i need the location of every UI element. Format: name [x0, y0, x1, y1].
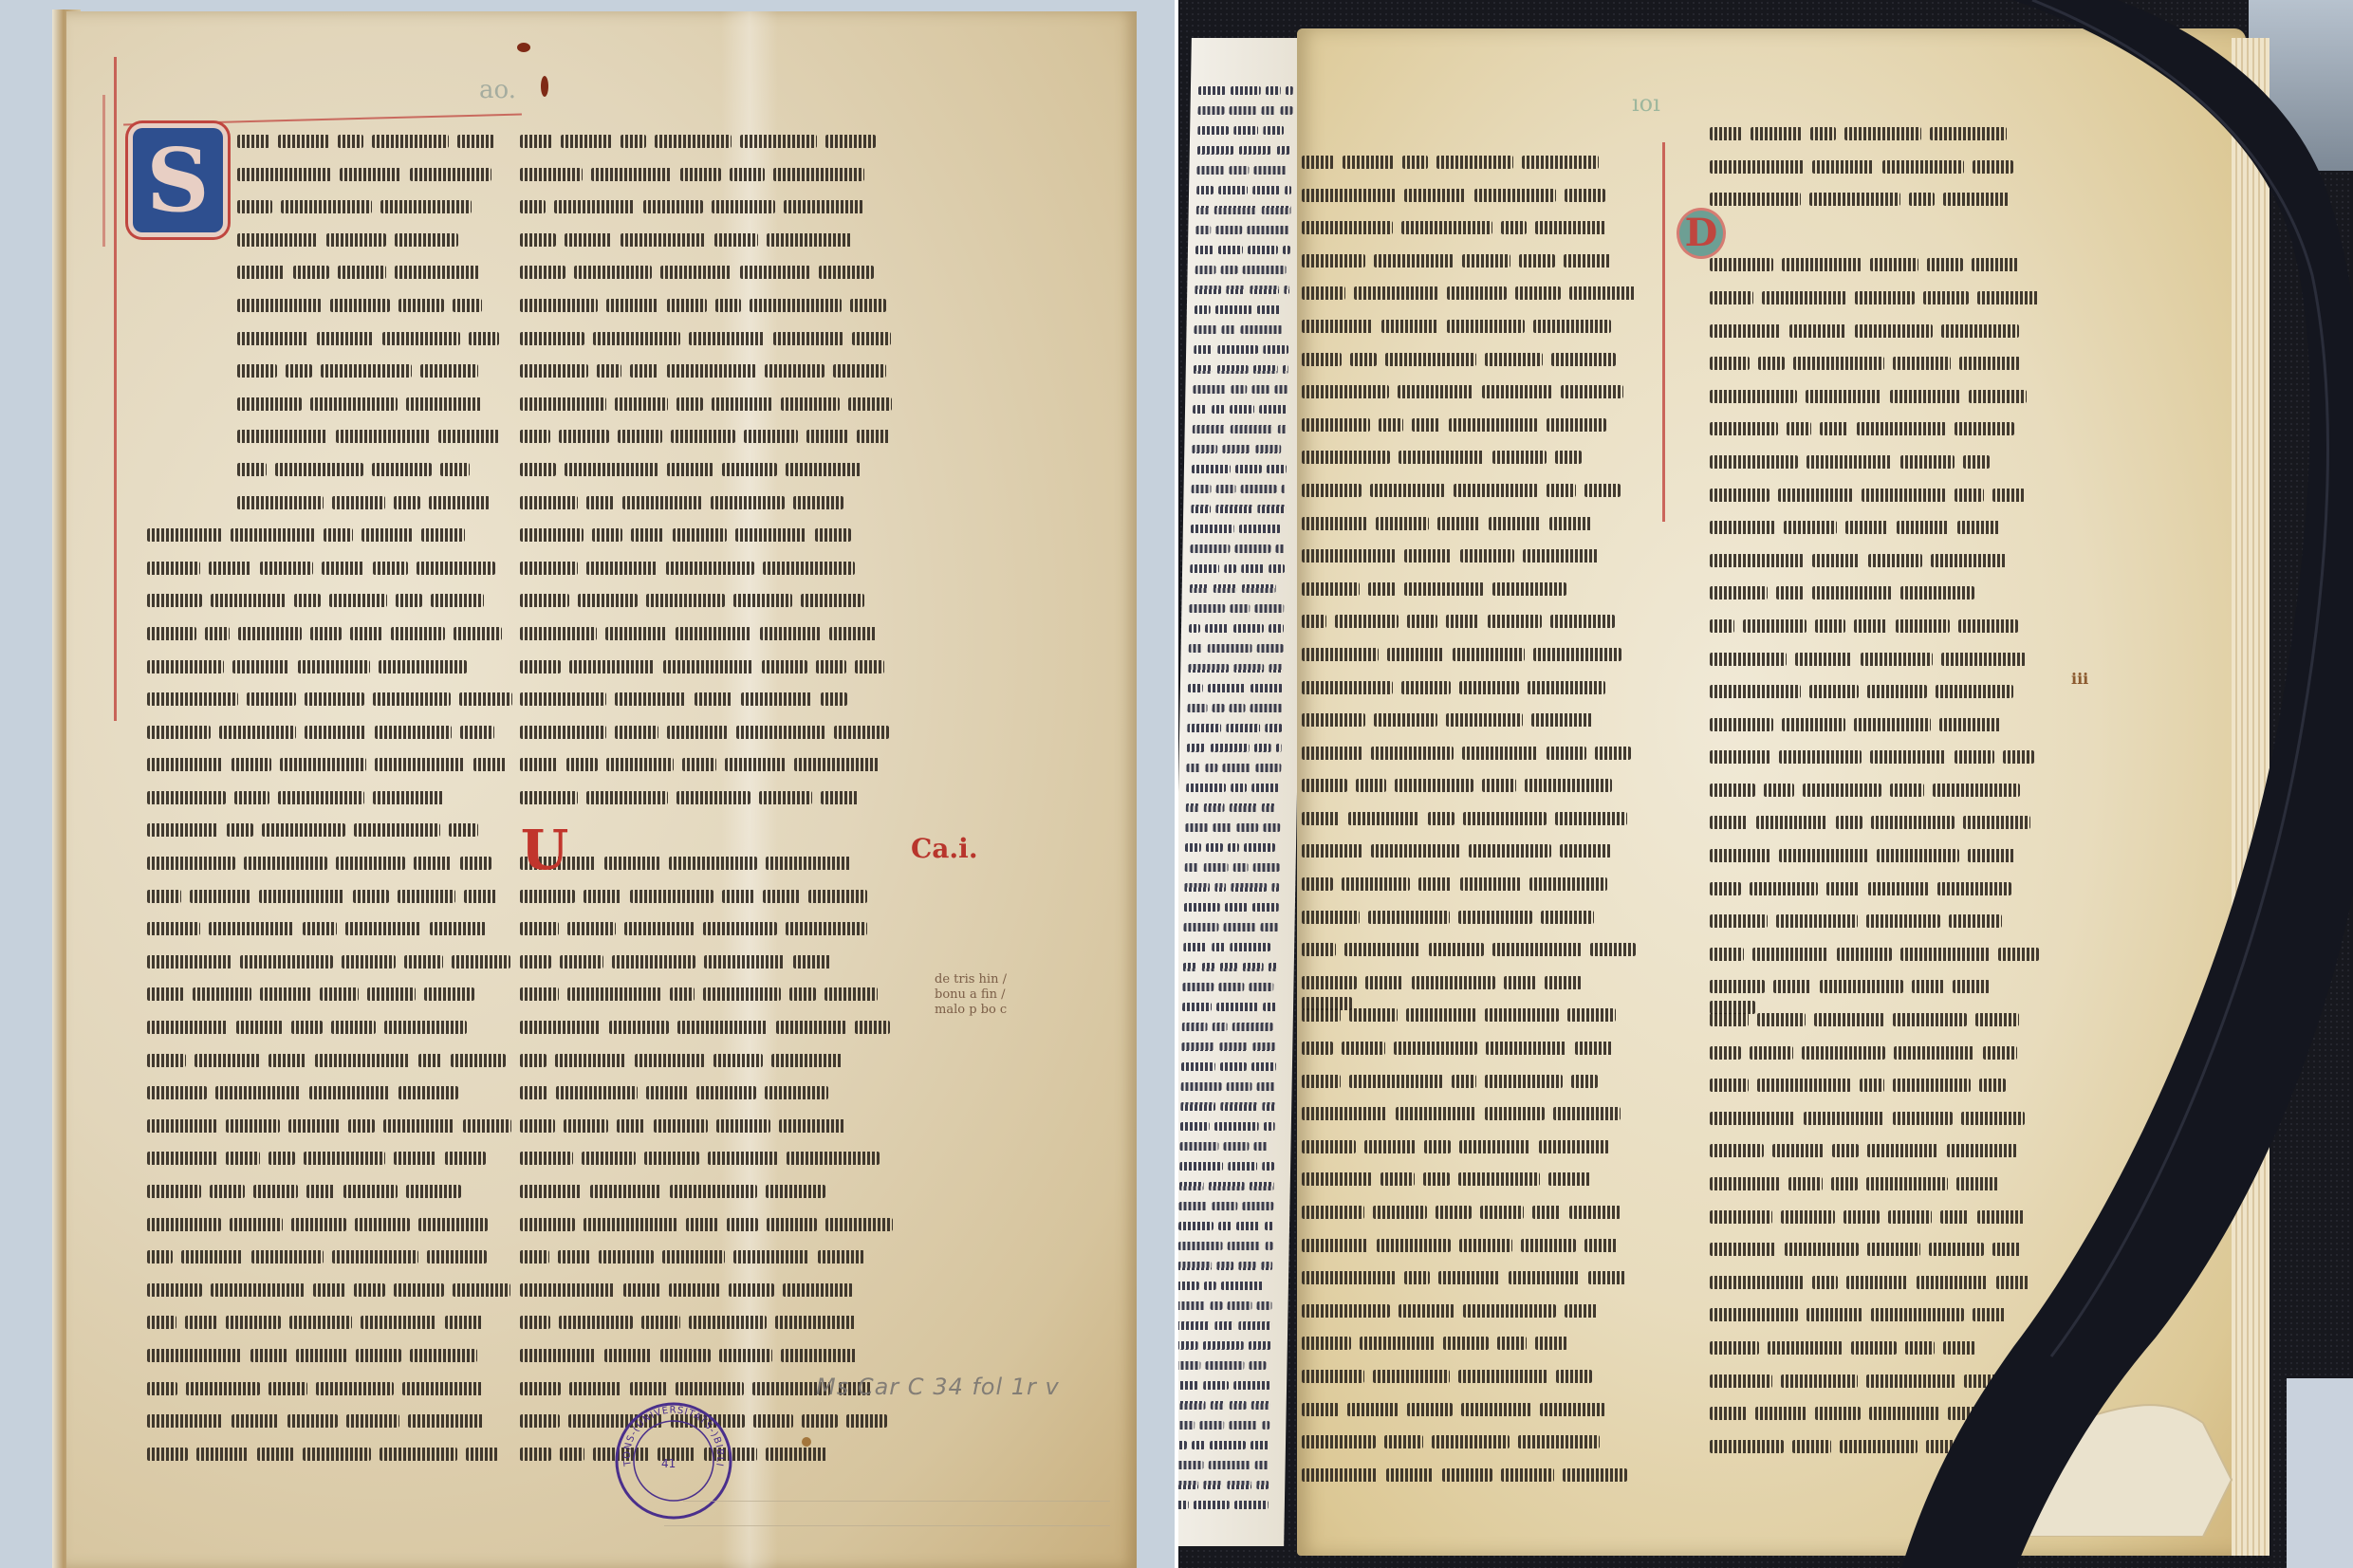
script-line — [147, 918, 522, 939]
left-page-column-1 — [147, 131, 522, 1476]
script-line — [147, 1246, 522, 1267]
script-line — [520, 164, 904, 185]
script-line — [520, 984, 904, 1005]
script-line — [520, 787, 904, 808]
script-line — [520, 394, 904, 415]
script-line — [147, 394, 522, 415]
script-line — [520, 1082, 904, 1103]
script-line — [147, 1017, 522, 1038]
script-line — [520, 754, 904, 775]
script-line — [147, 1082, 522, 1103]
script-line — [147, 590, 522, 611]
script-line — [147, 360, 522, 381]
script-line — [520, 590, 904, 611]
script-line — [520, 853, 904, 874]
script-line — [147, 853, 522, 874]
script-line — [520, 459, 904, 480]
ruling-line — [683, 1501, 1110, 1502]
script-line — [147, 656, 522, 677]
script-line — [520, 492, 904, 513]
script-line — [147, 623, 522, 644]
script-line — [147, 295, 522, 316]
script-line — [147, 754, 522, 775]
script-line — [147, 262, 522, 283]
script-line — [520, 951, 904, 972]
script-line — [147, 1280, 522, 1301]
script-line — [520, 1116, 904, 1136]
pen-flourish — [114, 57, 117, 721]
script-line — [520, 656, 904, 677]
script-line — [147, 1312, 522, 1333]
script-line — [147, 689, 522, 710]
script-line — [147, 328, 522, 349]
script-line — [147, 1214, 522, 1235]
script-line — [520, 426, 904, 447]
chapter-rubric: Ca.i. — [911, 833, 978, 864]
script-line — [147, 787, 522, 808]
left-photo: ao. S U Ca.i. de tris hin / bonu a fin /… — [0, 0, 1175, 1568]
script-line — [147, 558, 522, 579]
script-line — [147, 164, 522, 185]
script-line — [520, 820, 904, 840]
script-line — [147, 131, 522, 152]
ink-stain — [517, 43, 530, 52]
script-line — [147, 230, 522, 250]
script-line — [147, 820, 522, 840]
script-line — [520, 1181, 904, 1202]
script-line — [147, 1050, 522, 1071]
script-line — [147, 886, 522, 907]
script-line — [520, 1312, 904, 1333]
script-line — [520, 360, 904, 381]
pencil-shelfmark: Ms Car C 34 fol 1r v — [816, 1374, 1060, 1400]
script-line — [520, 328, 904, 349]
script-line — [520, 918, 904, 939]
script-line — [520, 295, 904, 316]
script-line — [520, 131, 904, 152]
script-line — [147, 951, 522, 972]
ruling-line — [664, 1525, 1110, 1526]
script-line — [520, 689, 904, 710]
script-line — [147, 984, 522, 1005]
stain-dot — [802, 1437, 811, 1447]
script-line — [147, 1444, 522, 1465]
script-line — [520, 525, 904, 545]
stamp-number: 41 — [661, 1457, 676, 1470]
folio-header-mark-left: ao. — [479, 76, 516, 104]
script-line — [147, 492, 522, 513]
script-line — [147, 1378, 522, 1399]
script-line — [520, 262, 904, 283]
script-line — [520, 1214, 904, 1235]
script-line — [520, 1345, 904, 1366]
script-line — [147, 1181, 522, 1202]
script-line — [147, 722, 522, 743]
script-line — [520, 558, 904, 579]
script-line — [147, 1345, 522, 1366]
script-line — [147, 459, 522, 480]
script-line — [520, 886, 904, 907]
right-photo: ıoı D iii — [1178, 0, 2353, 1568]
velvet-snake-weight — [1178, 0, 2353, 1568]
script-line — [520, 1148, 904, 1169]
script-line — [147, 196, 522, 217]
script-line — [520, 230, 904, 250]
script-line — [520, 1246, 904, 1267]
left-page-column-2 — [520, 131, 904, 1476]
ink-stain — [541, 76, 548, 97]
script-line — [147, 426, 522, 447]
script-line — [147, 1411, 522, 1431]
pen-flourish — [102, 95, 105, 247]
script-line — [520, 1280, 904, 1301]
script-line — [520, 1017, 904, 1038]
script-line — [520, 623, 904, 644]
script-line — [147, 1116, 522, 1136]
script-line — [520, 196, 904, 217]
script-line — [520, 722, 904, 743]
library-stamp: TONS-(UNIVERSITÄTS-)BIBLIOTHEK 41 — [612, 1399, 735, 1522]
red-initial-U: U — [520, 825, 569, 875]
script-line — [147, 1148, 522, 1169]
marginal-annotation: de tris hin / bonu a fin / malo p bo c — [935, 972, 1039, 1018]
script-line — [520, 1050, 904, 1071]
script-line — [147, 525, 522, 545]
